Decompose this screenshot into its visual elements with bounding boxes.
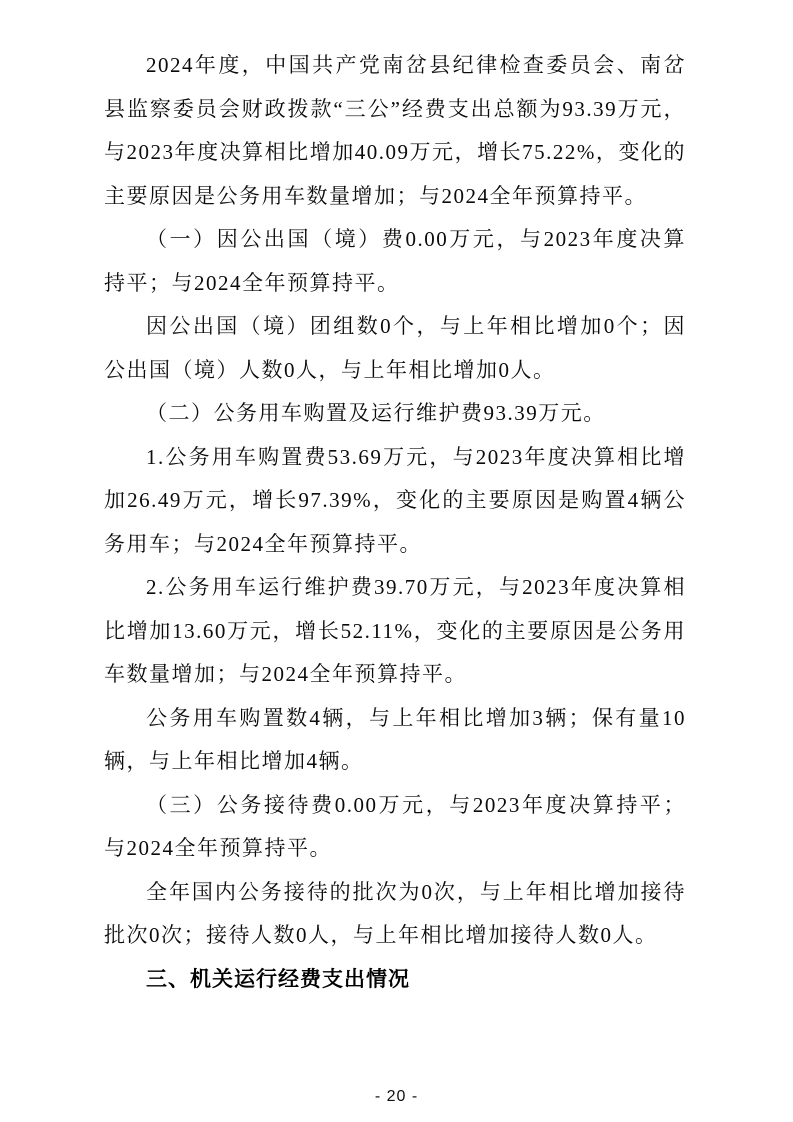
- body-paragraph: （一）因公出国（境）费0.00万元，与2023年度决算持平；与2024全年预算持…: [104, 218, 686, 305]
- section-heading: 三、机关运行经费支出情况: [104, 958, 686, 1002]
- body-paragraph: 2024年度，中国共产党南岔县纪律检查委员会、南岔县监察委员会财政拨款“三公”经…: [104, 44, 686, 218]
- body-paragraph: 1.公务用车购置费53.69万元，与2023年度决算相比增加26.49万元，增长…: [104, 436, 686, 567]
- body-paragraph: 全年国内公务接待的批次为0次，与上年相比增加接待批次0次；接待人数0人，与上年相…: [104, 871, 686, 958]
- body-paragraph: 公务用车购置数4辆，与上年相比增加3辆；保有量10辆，与上年相比增加4辆。: [104, 697, 686, 784]
- body-paragraph: （三）公务接待费0.00万元，与2023年度决算持平；与2024全年预算持平。: [104, 784, 686, 871]
- document-body: 2024年度，中国共产党南岔县纪律检查委员会、南岔县监察委员会财政拨款“三公”经…: [104, 44, 686, 1001]
- document-page: 2024年度，中国共产党南岔县纪律检查委员会、南岔县监察委员会财政拨款“三公”经…: [0, 0, 793, 1122]
- body-paragraph: （二）公务用车购置及运行维护费93.39万元。: [104, 392, 686, 436]
- body-paragraph: 2.公务用车运行维护费39.70万元，与2023年度决算相比增加13.60万元，…: [104, 566, 686, 697]
- body-paragraph: 因公出国（境）团组数0个，与上年相比增加0个；因公出国（境）人数0人，与上年相比…: [104, 305, 686, 392]
- page-number: - 20 -: [0, 1088, 793, 1106]
